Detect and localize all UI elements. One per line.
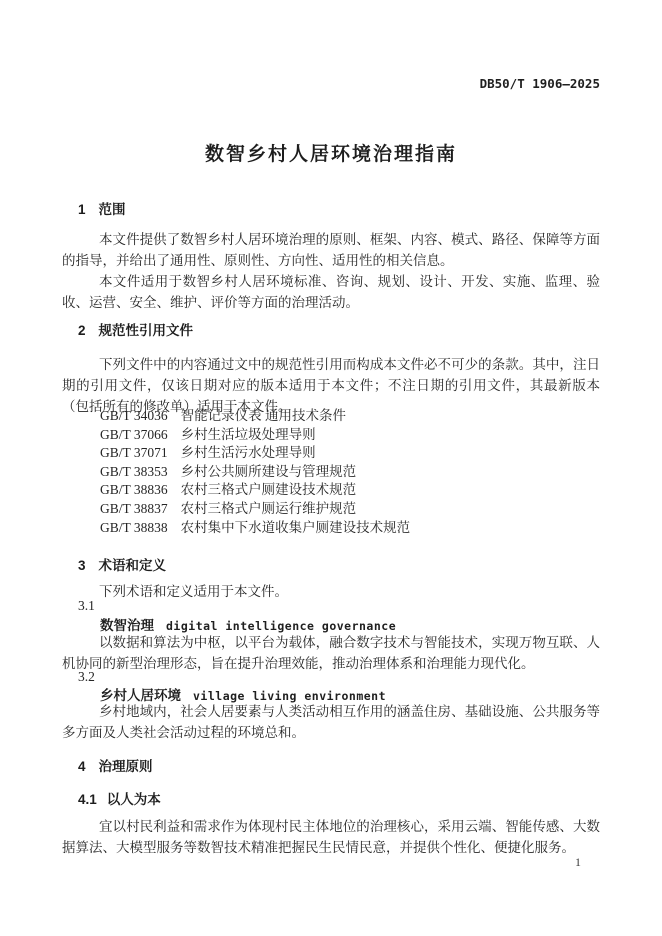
clause-number: 3: [78, 558, 86, 573]
term-definition: 乡村地域内，社会人居要素与人类活动相互作用的涵盖住房、基础设施、公共服务等多方面…: [62, 701, 600, 743]
clause-number: 4.1: [78, 792, 97, 807]
clause-title: 以人为本: [107, 792, 161, 807]
ref-code: GB/T 38836: [100, 482, 168, 497]
term-number: 3.2: [78, 669, 95, 685]
term-name-en: digital intelligence governance: [166, 619, 396, 633]
paragraph: 本文件适用于数智乡村人居环境标准、咨询、规划、设计、开发、实施、监理、验收、运营…: [62, 271, 600, 313]
paragraph: 乡村地域内，社会人居要素与人类活动相互作用的涵盖住房、基础设施、公共服务等多方面…: [62, 701, 600, 743]
section-heading-scope: 1范围: [78, 198, 126, 218]
reference-item: GB/T 34036智能记录仪表 通用技术条件: [100, 407, 600, 426]
page-number: 1: [566, 855, 590, 870]
term-definition: 以数据和算法为中枢，以平台为载体，融合数字技术与智能技术，实现万物互联、人机协同…: [62, 632, 600, 674]
reference-item: GB/T 38838农村集中下水道收集户厕建设技术规范: [100, 519, 600, 538]
ref-code: GB/T 38838: [100, 520, 168, 535]
reference-list: GB/T 34036智能记录仪表 通用技术条件 GB/T 37066乡村生活垃圾…: [100, 407, 600, 537]
clause-title: 范围: [99, 202, 126, 217]
scope-paragraphs: 本文件提供了数智乡村人居环境治理的原则、框架、内容、模式、路径、保障等方面的指导…: [62, 229, 600, 313]
ref-title: 智能记录仪表 通用技术条件: [181, 408, 346, 423]
reference-item: GB/T 37066乡村生活垃圾处理导则: [100, 426, 600, 445]
reference-item: GB/T 38836农村三格式户厕建设技术规范: [100, 481, 600, 500]
clause-title: 治理原则: [99, 759, 153, 774]
terms-intro: 下列术语和定义适用于本文件。: [62, 581, 600, 602]
ref-title: 乡村生活垃圾处理导则: [181, 427, 316, 442]
ref-code: GB/T 38837: [100, 501, 168, 516]
ref-code: GB/T 38353: [100, 464, 168, 479]
doc-number: DB50/T 1906—2025: [0, 76, 600, 91]
ref-code: GB/T 37066: [100, 427, 168, 442]
paragraph: 以数据和算法为中枢，以平台为载体，融合数字技术与智能技术，实现万物互联、人机协同…: [62, 632, 600, 674]
paragraph: 下列术语和定义适用于本文件。: [62, 581, 600, 602]
ref-title: 乡村生活污水处理导则: [181, 445, 316, 460]
term-name-zh: 数智治理: [100, 618, 154, 633]
reference-item: GB/T 38837农村三格式户厕运行维护规范: [100, 500, 600, 519]
term-number: 3.1: [78, 598, 95, 614]
ref-code: GB/T 37071: [100, 445, 168, 460]
ref-title: 农村集中下水道收集户厕建设技术规范: [181, 520, 411, 535]
reference-item: GB/T 37071乡村生活污水处理导则: [100, 444, 600, 463]
section-heading-principles: 4治理原则: [78, 755, 153, 775]
section-heading-references: 2规范性引用文件: [78, 319, 193, 339]
ref-title: 农村三格式户厕运行维护规范: [181, 501, 357, 516]
clause-number: 4: [78, 759, 86, 774]
section-heading-terms: 3术语和定义: [78, 554, 166, 574]
clause-title: 规范性引用文件: [99, 323, 194, 338]
ref-title: 乡村公共厕所建设与管理规范: [181, 464, 357, 479]
reference-item: GB/T 38353乡村公共厕所建设与管理规范: [100, 463, 600, 482]
clause-number: 2: [78, 323, 86, 338]
paragraph: 本文件提供了数智乡村人居环境治理的原则、框架、内容、模式、路径、保障等方面的指导…: [62, 229, 600, 271]
clause-number: 1: [78, 202, 86, 217]
document-title: 数智乡村人居环境治理指南: [0, 139, 662, 166]
ref-code: GB/T 34036: [100, 408, 168, 423]
document-page: DB50/T 1906—2025 数智乡村人居环境治理指南 1范围 本文件提供了…: [0, 0, 662, 936]
ref-title: 农村三格式户厕建设技术规范: [181, 482, 357, 497]
clause-title: 术语和定义: [99, 558, 167, 573]
subsection-heading-people-first: 4.1以人为本: [78, 788, 161, 808]
paragraph: 宜以村民利益和需求作为体现村民主体地位的治理核心，采用云端、智能传感、大数据算法…: [62, 816, 600, 858]
principles-paragraph: 宜以村民利益和需求作为体现村民主体地位的治理核心，采用云端、智能传感、大数据算法…: [62, 816, 600, 858]
